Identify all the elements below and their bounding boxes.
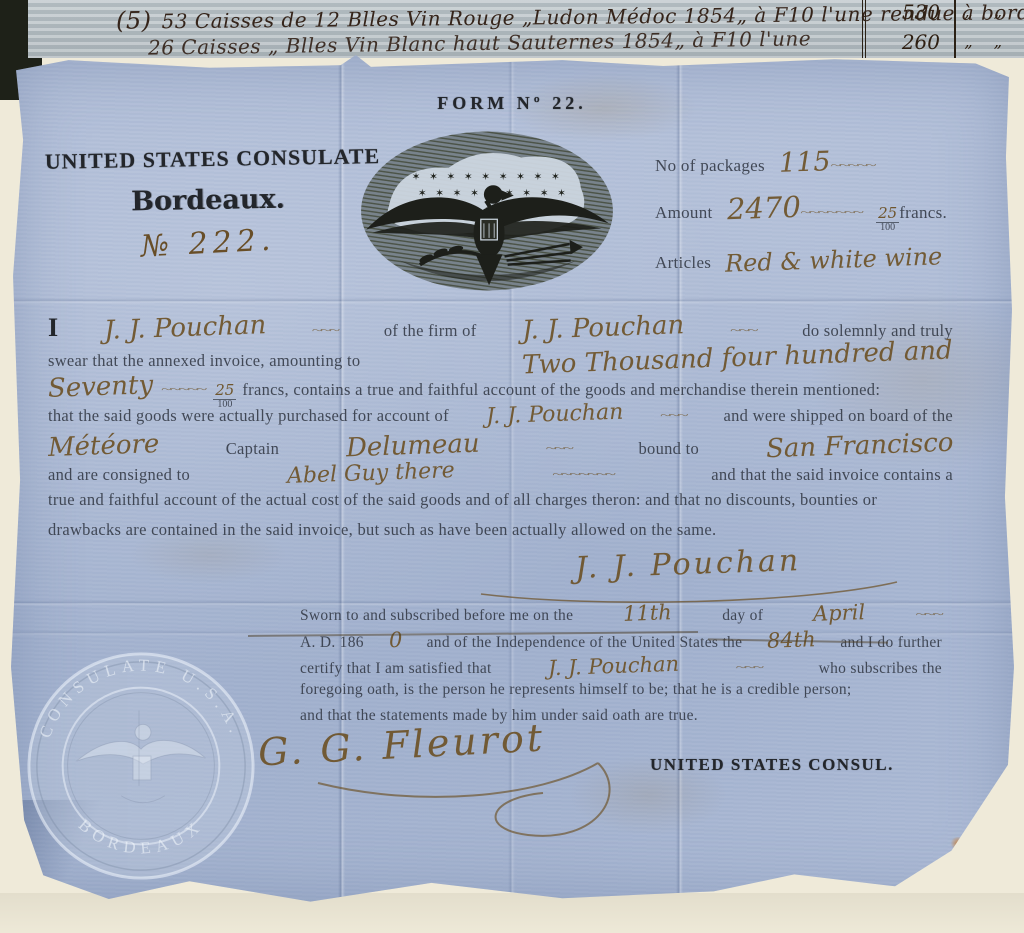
year-digit: 0 [388, 627, 402, 651]
printed-text: foregoing oath, is the person he represe… [300, 681, 852, 699]
oath-line: drawbacks are contained in the said invo… [48, 520, 953, 550]
printed-text: true and faithful account of the actual … [48, 490, 877, 510]
fraction-denominator: 100 [880, 222, 895, 233]
fraction-numerator: 25 [876, 206, 899, 223]
printed-text: day of [722, 607, 763, 625]
oath-line: true and faithful account of the actual … [48, 490, 953, 520]
paper-corner-fold [928, 797, 1018, 877]
amount-in-words: Seventy [48, 370, 154, 404]
consul-title: UNITED STATES CONSUL. [650, 755, 894, 775]
packages-value: 115 [778, 146, 831, 179]
fraction-numerator: 25 [213, 383, 236, 400]
articles-label: Articles [655, 253, 711, 273]
printed-text: Sworn to and subscribed before me on the [300, 607, 573, 625]
form-number: FORM Nº 22. [8, 93, 1016, 114]
declarant-signature-block: J. J. Pouchan [458, 547, 918, 604]
eagle-engraving: ✶ ✶ ✶ ✶ ✶ ✶ ✶ ✶ ✶ ✶ ✶ ✶ ✶ ✶ ✶ ✶ ✶ ✶ ✶ ✶ … [358, 127, 616, 295]
ink-flourish: ~~~ [915, 608, 941, 621]
scanner-bed-shade [0, 893, 1024, 933]
printed-text: and of the Independence of the United St… [427, 634, 743, 652]
ledger-amount: 530 [902, 0, 940, 24]
printed-text: francs, contains a true and faithful acc… [242, 380, 880, 400]
ink-flourish: ~~~~~ [830, 159, 874, 172]
printed-text: and are consigned to [48, 465, 190, 485]
amount-label: Amount [655, 203, 713, 223]
ink-flourish: ~~~ [660, 409, 686, 422]
printed-text: Captain [226, 439, 279, 459]
consul-signature-block: G. G. Fleurot [258, 723, 678, 767]
ink-flourish: ~~~ [730, 324, 756, 337]
consul-signature-flourish [298, 753, 638, 853]
declarant-signature: J. J. Pouchan [574, 543, 801, 586]
amount-row: Amount 2470 ~~~~~~~ 25 100 francs. [655, 191, 985, 233]
oath-line: Météore Captain Delumeau ~~~ bound to Sa… [48, 431, 953, 461]
oath-line: swear that the annexed invoice, amountin… [48, 343, 953, 373]
printed-text: who subscribes the [819, 660, 942, 678]
certification-line: certify that I am satisfied that J. J. P… [300, 654, 942, 681]
declarant-name: J. J. Pouchan [103, 310, 266, 346]
articles-row: Articles Red & white wine [655, 246, 985, 274]
letterhead: UNITED STATES CONSULATE Bordeaux. № 222. [48, 147, 368, 261]
articles-value: Red & white wine [725, 242, 943, 278]
account-name: J. J. Pouchan [485, 399, 623, 429]
ink-flourish: ~~~~~ [161, 383, 205, 396]
printed-text: I [48, 313, 58, 343]
invoice-ledger-strip: (5)53 Caisses de 12 Blles Vin Rouge „Lud… [28, 0, 1024, 58]
consulate-city: Bordeaux. [48, 182, 368, 219]
consular-form-paper: FORM Nº 22. UNITED STATES CONSULATE Bord… [8, 55, 1016, 905]
packages-row: No of packages 115 ~~~~~ [655, 147, 985, 178]
packages-label: No of packages [655, 156, 765, 176]
oath-line: I J. J. Pouchan ~~~ of the firm of J. J.… [48, 313, 953, 343]
certification-block: Sworn to and subscribed before me on the… [300, 601, 942, 734]
oath-paragraph: I J. J. Pouchan ~~~ of the firm of J. J.… [48, 313, 953, 549]
fold-crease [8, 298, 1016, 304]
francs-label: francs. [899, 203, 947, 223]
amount-value: 2470 [726, 190, 801, 227]
ink-flourish: ~~~ [736, 661, 762, 674]
certified-name: J. J. Pouchan [548, 652, 680, 681]
header-fields: No of packages 115 ~~~~~ Amount 2470 ~~~… [655, 147, 985, 287]
ink-flourish: ~~~ [546, 442, 572, 455]
oath-line: that the said goods were actually purcha… [48, 402, 953, 432]
ledger-amount: 260 [902, 30, 940, 54]
captain-name: Delumeau [345, 429, 480, 464]
firm-name: J. J. Pouchan [522, 310, 685, 346]
ledger-cents-ditto: „ „ [964, 32, 1010, 51]
printed-text: certify that I am satisfied that [300, 660, 492, 678]
printed-text: and were shipped on board of the [723, 406, 953, 426]
printed-text: bound to [638, 439, 699, 459]
month-value: April [813, 600, 866, 626]
destination: San Francisco [765, 428, 953, 465]
amount-fraction: 25 100 [876, 206, 899, 233]
day-value: 11th [623, 600, 672, 626]
ink-flourish: ~~~ [312, 324, 338, 337]
certification-line: foregoing oath, is the person he represe… [300, 681, 942, 708]
printed-text: swear that the annexed invoice, amountin… [48, 351, 360, 371]
oath-line: Seventy ~~~~~ 25 100 francs, contains a … [48, 372, 953, 402]
certification-line: Sworn to and subscribed before me on the… [300, 601, 942, 628]
stars: ✶ ✶ ✶ ✶ ✶ ✶ ✶ ✶ ✶ [412, 172, 563, 183]
ink-flourish: ~~~~~~~ [800, 206, 862, 219]
printed-text: that the said goods were actually purcha… [48, 406, 449, 426]
printed-text: drawbacks are contained in the said invo… [48, 520, 716, 540]
printed-text: and that the said invoice contains a [711, 465, 953, 485]
embossed-consular-seal: CONSULATE U.S.A. BORDEAUX [22, 647, 260, 885]
ink-flourish: ~~~~~~~ [552, 468, 614, 481]
consulate-title: UNITED STATES CONSULATE [45, 144, 372, 175]
ledger-cents-ditto: „ „ [964, 2, 1010, 21]
ledger-row-prefix: (5) [116, 6, 152, 34]
printed-text: of the firm of [384, 321, 477, 341]
ship-name: Météore [48, 429, 160, 463]
consignee-name: Abel Guy there [287, 458, 456, 489]
oath-line: and are consigned to Abel Guy there ~~~~… [48, 461, 953, 491]
document-number: № 222. [47, 218, 368, 270]
